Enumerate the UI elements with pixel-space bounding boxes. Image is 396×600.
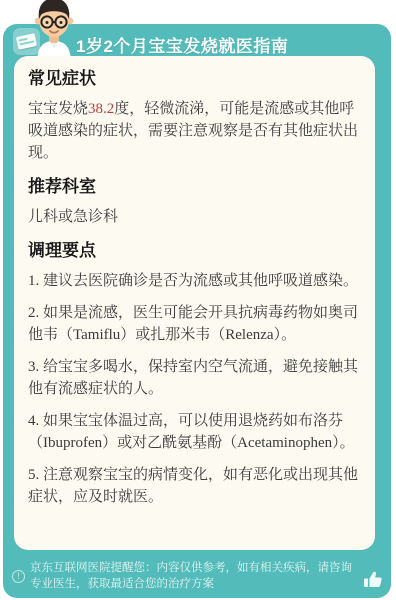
symptoms-text: 宝宝发烧38.2度，轻微流涕，可能是流感或其他呼吸道感染的症状，需要注意观察是否…	[28, 98, 361, 164]
guide-header: 1岁2个月宝宝发烧就医指南	[3, 24, 391, 58]
care-item-5: 5. 注意观察宝宝的病情变化，如有恶化或出现其他症状，应及时就医。	[28, 464, 361, 508]
section-heading-symptoms: 常见症状	[28, 68, 361, 90]
temperature-value: 38.2	[88, 101, 114, 117]
thumbs-up-icon[interactable]	[361, 568, 385, 592]
care-item-1: 1. 建议去医院确诊是否为流感或其他呼吸道感染。	[28, 270, 361, 292]
doctor-avatar	[27, 0, 81, 63]
section-heading-department: 推荐科室	[28, 176, 361, 198]
symptoms-text-before: 宝宝发烧	[28, 101, 88, 117]
page-title: 1岁2个月宝宝发烧就医指南	[76, 32, 288, 57]
guide-footer: ! 京东互联网医院提醒您：内容仅供参考，如有相关疾病，请咨询专业医生，获取最适合…	[12, 560, 385, 592]
content-card: 常见症状 宝宝发烧38.2度，轻微流涕，可能是流感或其他呼吸道感染的症状，需要注…	[14, 56, 375, 550]
disclaimer-text: 京东互联网医院提醒您：内容仅供参考，如有相关疾病，请咨询专业医生，获取最适合您的…	[30, 560, 356, 592]
care-item-4: 4. 如果宝宝体温过高，可以使用退烧药如布洛芬（Ibuprofen）或对乙酰氨基…	[28, 410, 361, 454]
care-item-2: 2. 如果是流感，医生可能会开具抗病毒药物如奥司他韦（Tamiflu）或扎那米韦…	[28, 302, 361, 346]
guide-card: 1岁2个月宝宝发烧就医指南 常见症状 宝宝发烧38.2度，轻微流涕，可能是流感或…	[3, 24, 391, 598]
info-circle-icon: !	[12, 570, 25, 583]
department-text: 儿科或急诊科	[28, 206, 361, 228]
section-heading-care: 调理要点	[28, 240, 361, 262]
care-item-3: 3. 给宝宝多喝水，保持室内空气流通，避免接触其他有流感症状的人。	[28, 356, 361, 400]
